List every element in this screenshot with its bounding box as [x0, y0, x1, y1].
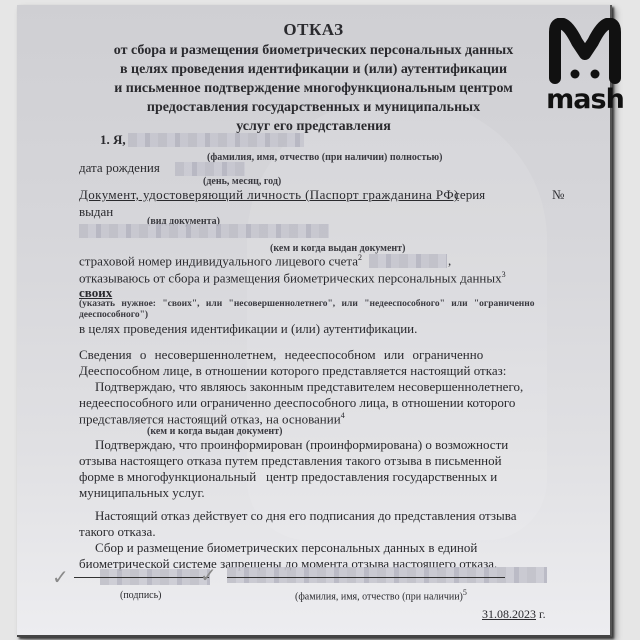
minor-info-line-1: Сведения о несовершеннолетнем, недееспос… [79, 347, 483, 363]
mash-logo: mash [545, 18, 625, 108]
informed-line-2: отзыва настоящего отказа путем представл… [79, 453, 502, 469]
redacted-birthdate [175, 162, 245, 176]
hint-signature: (подпись) [120, 590, 162, 601]
footnote-4: 4 [341, 411, 345, 420]
validity-line-2: такого отказа. [79, 524, 156, 540]
redacted-full-name [128, 133, 304, 147]
mash-cat-logo-icon [545, 18, 625, 88]
hint-date: (день, месяц, год) [203, 176, 281, 187]
redacted-issued-by [79, 224, 329, 238]
checkmark-icon: ✓ [52, 565, 69, 590]
subtitle-line-4: предоставления государственных и муницип… [17, 100, 610, 116]
validity-line-1: Настоящий отказ действует со дня его под… [95, 508, 517, 524]
whose-hint-cont: дееспособного") [79, 310, 148, 320]
subtitle-line-3: и письменное подтверждение многофункцион… [17, 81, 610, 97]
footnote-2: 2 [358, 253, 362, 262]
checkmark-icon: ✓ [200, 563, 217, 588]
document-title: ОТКАЗ [17, 20, 610, 40]
refuse-text: отказываюсь от сбора и размещения биомет… [79, 270, 506, 286]
confirm-rep-line-1: Подтверждаю, что являюсь законным предст… [95, 379, 523, 395]
name-line [227, 577, 505, 578]
footnote-3: 3 [502, 270, 506, 279]
mash-wordmark: mash [545, 84, 625, 115]
document-page: ОТКАЗ от сбора и размещения биометрическ… [17, 5, 612, 637]
purpose-text: в целях проведения идентификации и (или)… [79, 321, 417, 337]
whose-hint: (указать нужное: "своих", или "несоверше… [79, 299, 535, 309]
snils-label: страховой номер индивидуального лицевого… [79, 253, 362, 269]
minor-info-line-2: Дееспособном лице, в отношении которого … [79, 363, 506, 379]
footnote-5: 5 [463, 588, 467, 597]
series-label: серия [454, 187, 485, 203]
subtitle-line-2: в целях проведения идентификации и (или)… [17, 62, 610, 78]
subtitle-line-1: от сбора и размещения биометрических пер… [17, 43, 610, 59]
confirm-rep-line-3: представляется настоящий отказ, на основ… [79, 411, 345, 427]
refuse-text-content: отказываюсь от сбора и размещения биомет… [79, 270, 502, 285]
snils-label-text: страховой номер индивидуального лицевого… [79, 253, 358, 268]
hint-fio: (фамилия, имя, отчество (при наличии)5 [295, 588, 467, 602]
hint-fio-text: (фамилия, имя, отчество (при наличии) [295, 591, 463, 602]
date-value: 31.08.2023 [482, 607, 536, 621]
redacted-signer-name [227, 567, 547, 583]
hint-issued-by-2: (кем и когда выдан документ) [147, 426, 282, 437]
birthdate-label: дата рождения [79, 160, 160, 176]
confirm-rep-line-3-text: представляется настоящий отказ, на основ… [79, 411, 341, 426]
ban-line-1: Сбор и размещение биометрических персона… [95, 540, 477, 556]
date-suffix: г. [539, 607, 546, 621]
redacted-snils [369, 254, 447, 268]
confirm-rep-line-2: недееспособного или ограниченно дееспосо… [79, 395, 515, 411]
id-document-type: Документ, удостоверяющий личность (Паспо… [79, 187, 459, 203]
snils-trailer: , [448, 253, 451, 269]
signature-line [74, 577, 209, 578]
signing-date: 31.08.2023 г. [482, 607, 546, 622]
item1-prefix: 1. Я, [100, 132, 126, 148]
issued-label: выдан [79, 204, 113, 220]
number-label: № [552, 187, 564, 203]
informed-line-1: Подтверждаю, что проинформирован (проинф… [95, 437, 508, 453]
informed-line-3: форме в многофункциональный центр предос… [79, 469, 497, 485]
informed-line-4: муниципальных услуг. [79, 485, 205, 501]
